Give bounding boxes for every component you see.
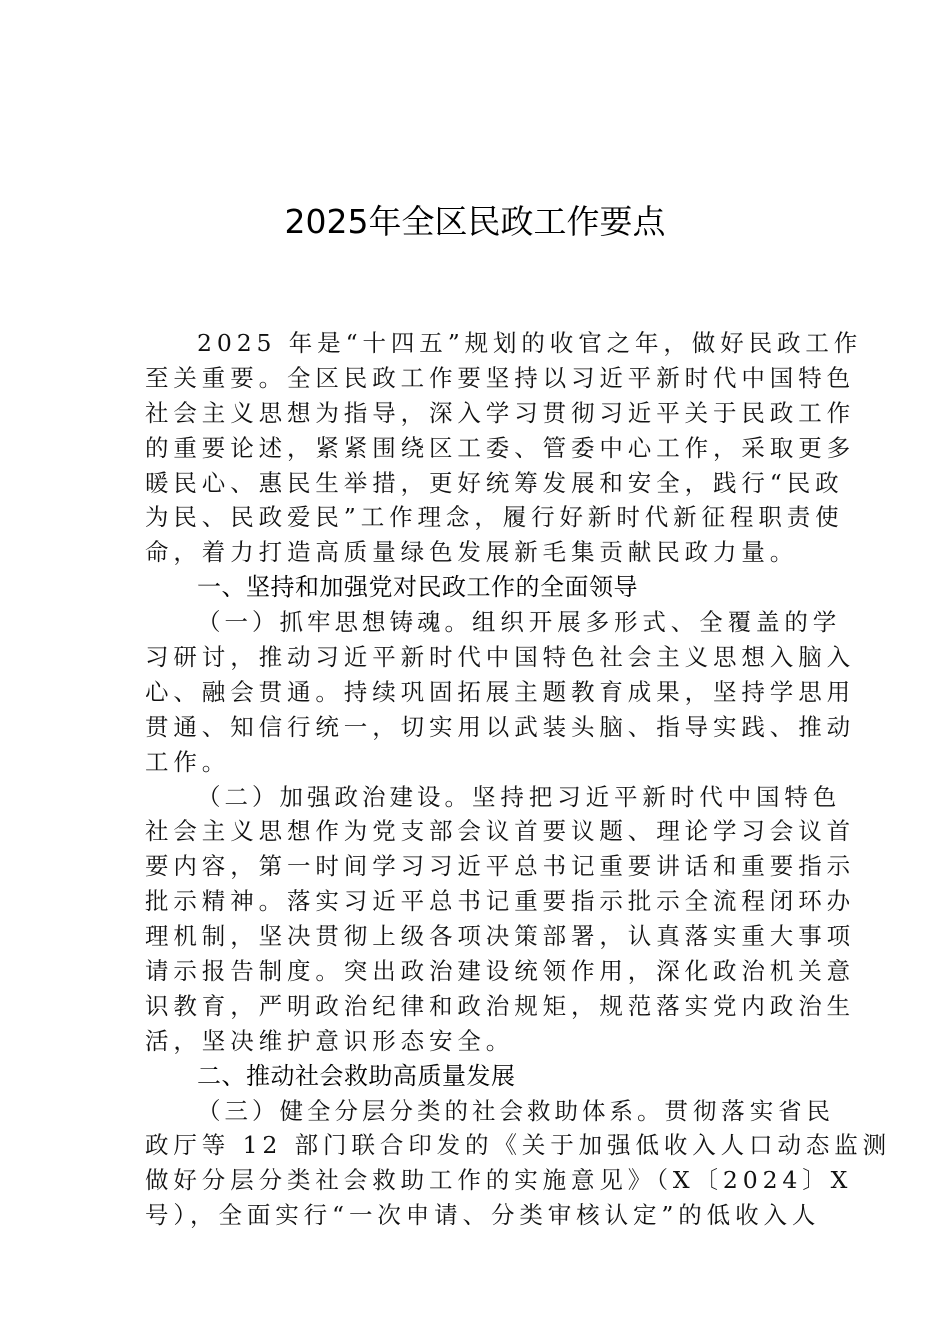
document-page: 2025年全区民政工作要点 2025 年是“十四五”规划的收官之年，做好民政工作…	[0, 0, 950, 1344]
paragraph-line: 要内容，第一时间学习习近平总书记重要讲话和重要指示	[145, 849, 807, 884]
document-body: 2025 年是“十四五”规划的收官之年，做好民政工作 至关重要。全区民政工作要坚…	[145, 326, 807, 1233]
paragraph-line: 工作。	[145, 745, 807, 780]
paragraph-line: 至关重要。全区民政工作要坚持以习近平新时代中国特色	[145, 361, 807, 396]
paragraph-line: 请示报告制度。突出政治建设统领作用，深化政治机关意	[145, 954, 807, 989]
item-3-text: 贯彻落实省民	[665, 1097, 835, 1125]
paragraph-line: 贯通、知信行统一，切实用以武装头脑、指导实践、推动	[145, 710, 807, 745]
paragraph-line: 2025 年是“十四五”规划的收官之年，做好民政工作	[145, 326, 807, 361]
paragraph-line: 号），全面实行“一次申请、分类审核认定”的低收入人	[145, 1198, 807, 1233]
paragraph-line: 暖民心、惠民生举措，更好统筹发展和安全，践行“民政	[145, 466, 807, 501]
paragraph-line: 理机制，坚决贯彻上级各项决策部署，认真落实重大事项	[145, 919, 807, 954]
paragraph-line: 活，坚决维护意识形态安全。	[145, 1024, 807, 1059]
paragraph-line: 命，着力打造高质量绿色发展新毛集贡献民政力量。	[145, 535, 807, 570]
paragraph-line: 的重要论述，紧紧围绕区工委、管委中心工作，采取更多	[145, 431, 807, 466]
item-3-lead: （三）健全分层分类的社会救助体系。	[197, 1097, 665, 1125]
paragraph-line: 社会主义思想作为党支部会议首要议题、理论学习会议首	[145, 814, 807, 849]
section-heading-2: 二、推动社会救助高质量发展	[145, 1059, 807, 1094]
item-1-text: 组织开展多形式、全覆盖的学	[472, 608, 841, 636]
paragraph-line: 识教育，严明政治纪律和政治规矩，规范落实党内政治生	[145, 989, 807, 1024]
document-title: 2025年全区民政工作要点	[0, 200, 950, 244]
paragraph-line: 批示精神。落实习近平总书记重要指示批示全流程闭环办	[145, 884, 807, 919]
section-heading-1: 一、坚持和加强党对民政工作的全面领导	[145, 570, 807, 605]
item-1-first-line: （一）抓牢思想铸魂。组织开展多形式、全覆盖的学	[145, 605, 807, 640]
item-2-first-line: （二）加强政治建设。坚持把习近平新时代中国特色	[145, 780, 807, 815]
item-2-lead: （二）加强政治建设。	[197, 783, 472, 811]
paragraph-line: 做好分层分类社会救助工作的实施意见》（X〔2024〕X	[145, 1163, 807, 1198]
paragraph-line: 心、融会贯通。持续巩固拓展主题教育成果，坚持学思用	[145, 675, 807, 710]
item-1-lead: （一）抓牢思想铸魂。	[197, 608, 472, 636]
paragraph-line: 为民、民政爱民”工作理念，履行好新时代新征程职责使	[145, 500, 807, 535]
paragraph-line: 政厅等 12 部门联合印发的《关于加强低收入人口动态监测	[145, 1128, 807, 1163]
item-3-first-line: （三）健全分层分类的社会救助体系。贯彻落实省民	[145, 1094, 807, 1129]
paragraph-line: 社会主义思想为指导，深入学习贯彻习近平关于民政工作	[145, 396, 807, 431]
paragraph-line: 习研讨，推动习近平新时代中国特色社会主义思想入脑入	[145, 640, 807, 675]
item-2-text: 坚持把习近平新时代中国特色	[472, 783, 841, 811]
